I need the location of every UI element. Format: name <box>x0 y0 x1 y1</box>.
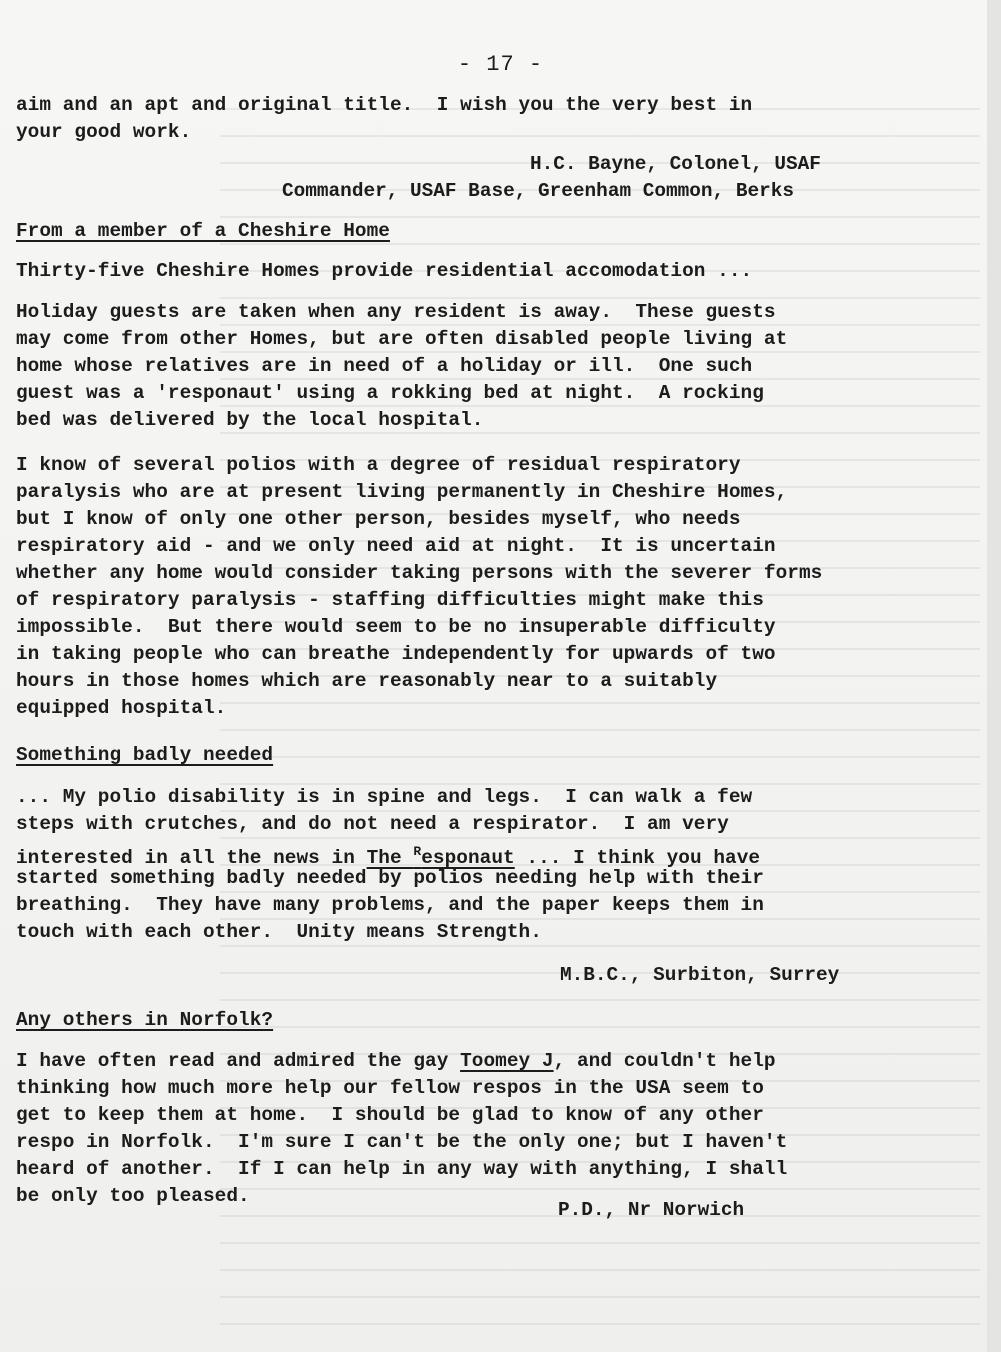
body-line: equipped hospital. <box>16 695 226 722</box>
body-line: ... My polio disability is in spine and … <box>16 784 752 811</box>
document-page: - 17 - aim and an apt and original title… <box>0 0 1001 1352</box>
body-line: bed was delivered by the local hospital. <box>16 407 483 434</box>
body-line: steps with crutches, and do not need a r… <box>16 811 729 838</box>
body-line: guest was a 'responaut' using a rokking … <box>16 380 764 407</box>
section-heading: Something badly needed <box>16 742 273 769</box>
body-line: may come from other Homes, but are often… <box>16 326 787 353</box>
body-line: hours in those homes which are reasonabl… <box>16 668 717 695</box>
signature-name: H.C. Bayne, Colonel, USAF <box>530 151 821 178</box>
body-line: get to keep them at home. I should be gl… <box>16 1102 764 1129</box>
body-line: thinking how much more help our fellow r… <box>16 1075 764 1102</box>
body-line: your good work. <box>16 119 191 146</box>
body-line: Holiday guests are taken when any reside… <box>16 299 776 326</box>
body-line: in taking people who can breathe indepen… <box>16 641 776 668</box>
body-line: respo in Norfolk. I'm sure I can't be th… <box>16 1129 787 1156</box>
body-line: I have often read and admired the gay To… <box>16 1048 776 1075</box>
body-line: aim and an apt and original title. I wis… <box>16 92 752 119</box>
body-line: whether any home would consider taking p… <box>16 560 822 587</box>
body-line: impossible. But there would seem to be n… <box>16 614 776 641</box>
body-line: paralysis who are at present living perm… <box>16 479 787 506</box>
body-line: home whose relatives are in need of a ho… <box>16 353 752 380</box>
body-line: but I know of only one other person, bes… <box>16 506 741 533</box>
body-line: I know of several polios with a degree o… <box>16 452 741 479</box>
body-line: touch with each other. Unity means Stren… <box>16 919 542 946</box>
body-line: Thirty-five Cheshire Homes provide resid… <box>16 258 752 285</box>
body-line: heard of another. If I can help in any w… <box>16 1156 787 1183</box>
page-number: - 17 - <box>0 52 1001 77</box>
page-edge <box>987 0 1001 1352</box>
section-heading: From a member of a Cheshire Home <box>16 218 390 245</box>
column-reference: Toomey J <box>460 1050 554 1072</box>
body-line: breathing. They have many problems, and … <box>16 892 764 919</box>
signature: M.B.C., Surbiton, Surrey <box>560 962 839 989</box>
signature: P.D., Nr Norwich <box>558 1197 744 1224</box>
text-fragment: I have often read and admired the gay <box>16 1050 460 1072</box>
body-line: of respiratory paralysis - staffing diff… <box>16 587 764 614</box>
text-fragment: , and couldn't help <box>554 1050 776 1072</box>
body-line: started something badly needed by polios… <box>16 865 764 892</box>
body-line: be only too pleased. <box>16 1183 250 1210</box>
signature-title: Commander, USAF Base, Greenham Common, B… <box>282 178 794 205</box>
body-line: respiratory aid - and we only need aid a… <box>16 533 776 560</box>
section-heading: Any others in Norfolk? <box>16 1007 273 1034</box>
